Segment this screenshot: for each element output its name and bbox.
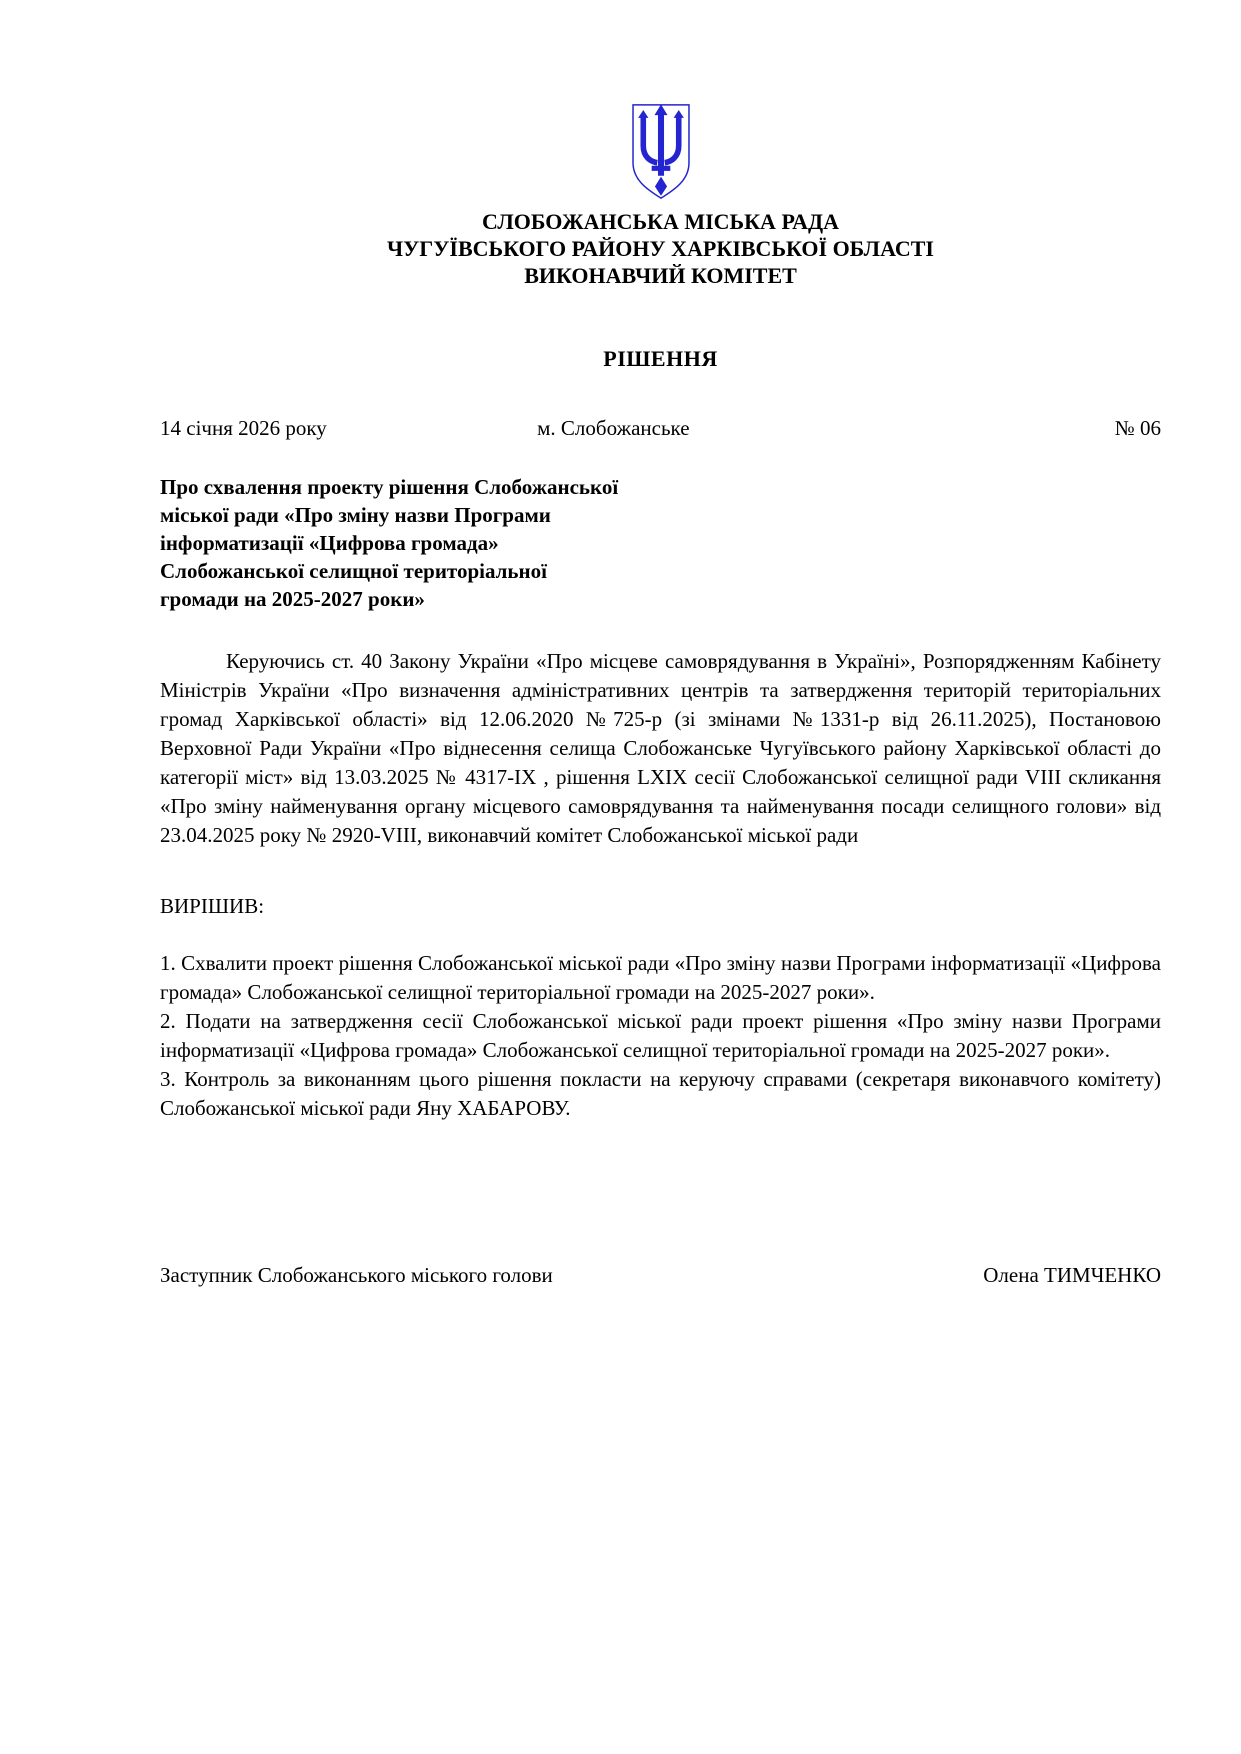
- trident-right-point: [673, 110, 683, 118]
- subject-line: інформатизації «Цифрова громада»: [160, 529, 700, 557]
- decision-items: 1. Схвалити проект рішення Слобожанської…: [160, 949, 1161, 1123]
- decision-item-1: 1. Схвалити проект рішення Слобожанської…: [160, 949, 1161, 1007]
- decision-date: 14 січня 2026 року: [160, 416, 537, 441]
- signatory-position: Заступник Слобожанського міського голови: [160, 1263, 553, 1288]
- coat-of-arms: [160, 103, 1161, 200]
- org-name-line-3: ВИКОНАВЧИЙ КОМІТЕТ: [160, 262, 1161, 289]
- trident-center-point: [654, 104, 667, 115]
- resolution-word: ВИРІШИВ:: [160, 894, 1161, 919]
- subject-line: Слобожанської селищної територіальної: [160, 557, 700, 585]
- signature-row: Заступник Слобожанського міського голови…: [160, 1263, 1161, 1288]
- decision-item-3: 3. Контроль за виконанням цього рішення …: [160, 1065, 1161, 1123]
- document-content: СЛОБОЖАНСЬКА МІСЬКА РАДА ЧУГУЇВСЬКОГО РА…: [160, 103, 1161, 1288]
- trident-base-diamond: [654, 177, 666, 196]
- preamble-paragraph: Керуючись ст. 40 Закону України «Про міс…: [160, 647, 1161, 850]
- decision-item-2: 2. Подати на затвердження сесії Слобожан…: [160, 1007, 1161, 1065]
- org-name-line-2: ЧУГУЇВСЬКОГО РАЙОНУ ХАРКІВСЬКОЇ ОБЛАСТІ: [160, 235, 1161, 262]
- trident-left-prong: [643, 116, 657, 163]
- decision-meta-row: 14 січня 2026 року м. Слобожанське № 06: [160, 416, 1161, 441]
- doc-type-title: РІШЕННЯ: [160, 346, 1161, 372]
- organization-header: СЛОБОЖАНСЬКА МІСЬКА РАДА ЧУГУЇВСЬКОГО РА…: [160, 208, 1161, 289]
- decision-subject: Про схвалення проекту рішення Слобожансь…: [160, 473, 700, 613]
- decision-number: № 06: [690, 416, 1161, 441]
- signatory-name: Олена ТИМЧЕНКО: [983, 1263, 1161, 1288]
- trident-left-point: [638, 110, 648, 118]
- org-name-line-1: СЛОБОЖАНСЬКА МІСЬКА РАДА: [160, 208, 1161, 235]
- subject-line: громади на 2025-2027 роки»: [160, 585, 700, 613]
- trident-right-prong: [664, 116, 678, 163]
- subject-line: міської ради «Про зміну назви Програми: [160, 501, 700, 529]
- ukraine-trident-icon: [627, 103, 695, 200]
- decision-place: м. Слобожанське: [537, 416, 689, 441]
- subject-line: Про схвалення проекту рішення Слобожансь…: [160, 473, 700, 501]
- document-page: СЛОБОЖАНСЬКА МІСЬКА РАДА ЧУГУЇВСЬКОГО РА…: [0, 0, 1241, 1754]
